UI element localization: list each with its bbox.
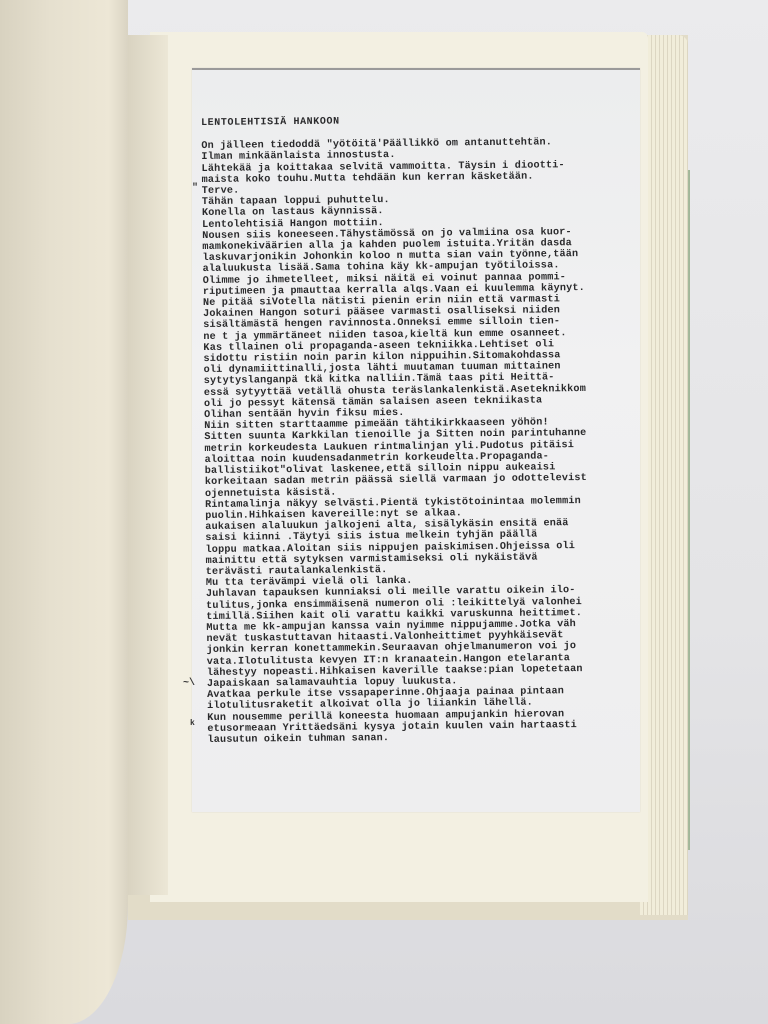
document-body: On jälleen tiedoddä "yötöitä'Päällikkö o… xyxy=(201,137,647,747)
margin-mark: k xyxy=(190,719,195,728)
margin-mark: ~\ xyxy=(183,678,195,689)
book-gutter xyxy=(128,35,168,895)
typed-document: LENTOLEHTISIÄ HANKOON On jälleen tiedodd… xyxy=(201,113,648,746)
margin-mark: " xyxy=(192,183,198,194)
left-page xyxy=(0,0,128,1024)
